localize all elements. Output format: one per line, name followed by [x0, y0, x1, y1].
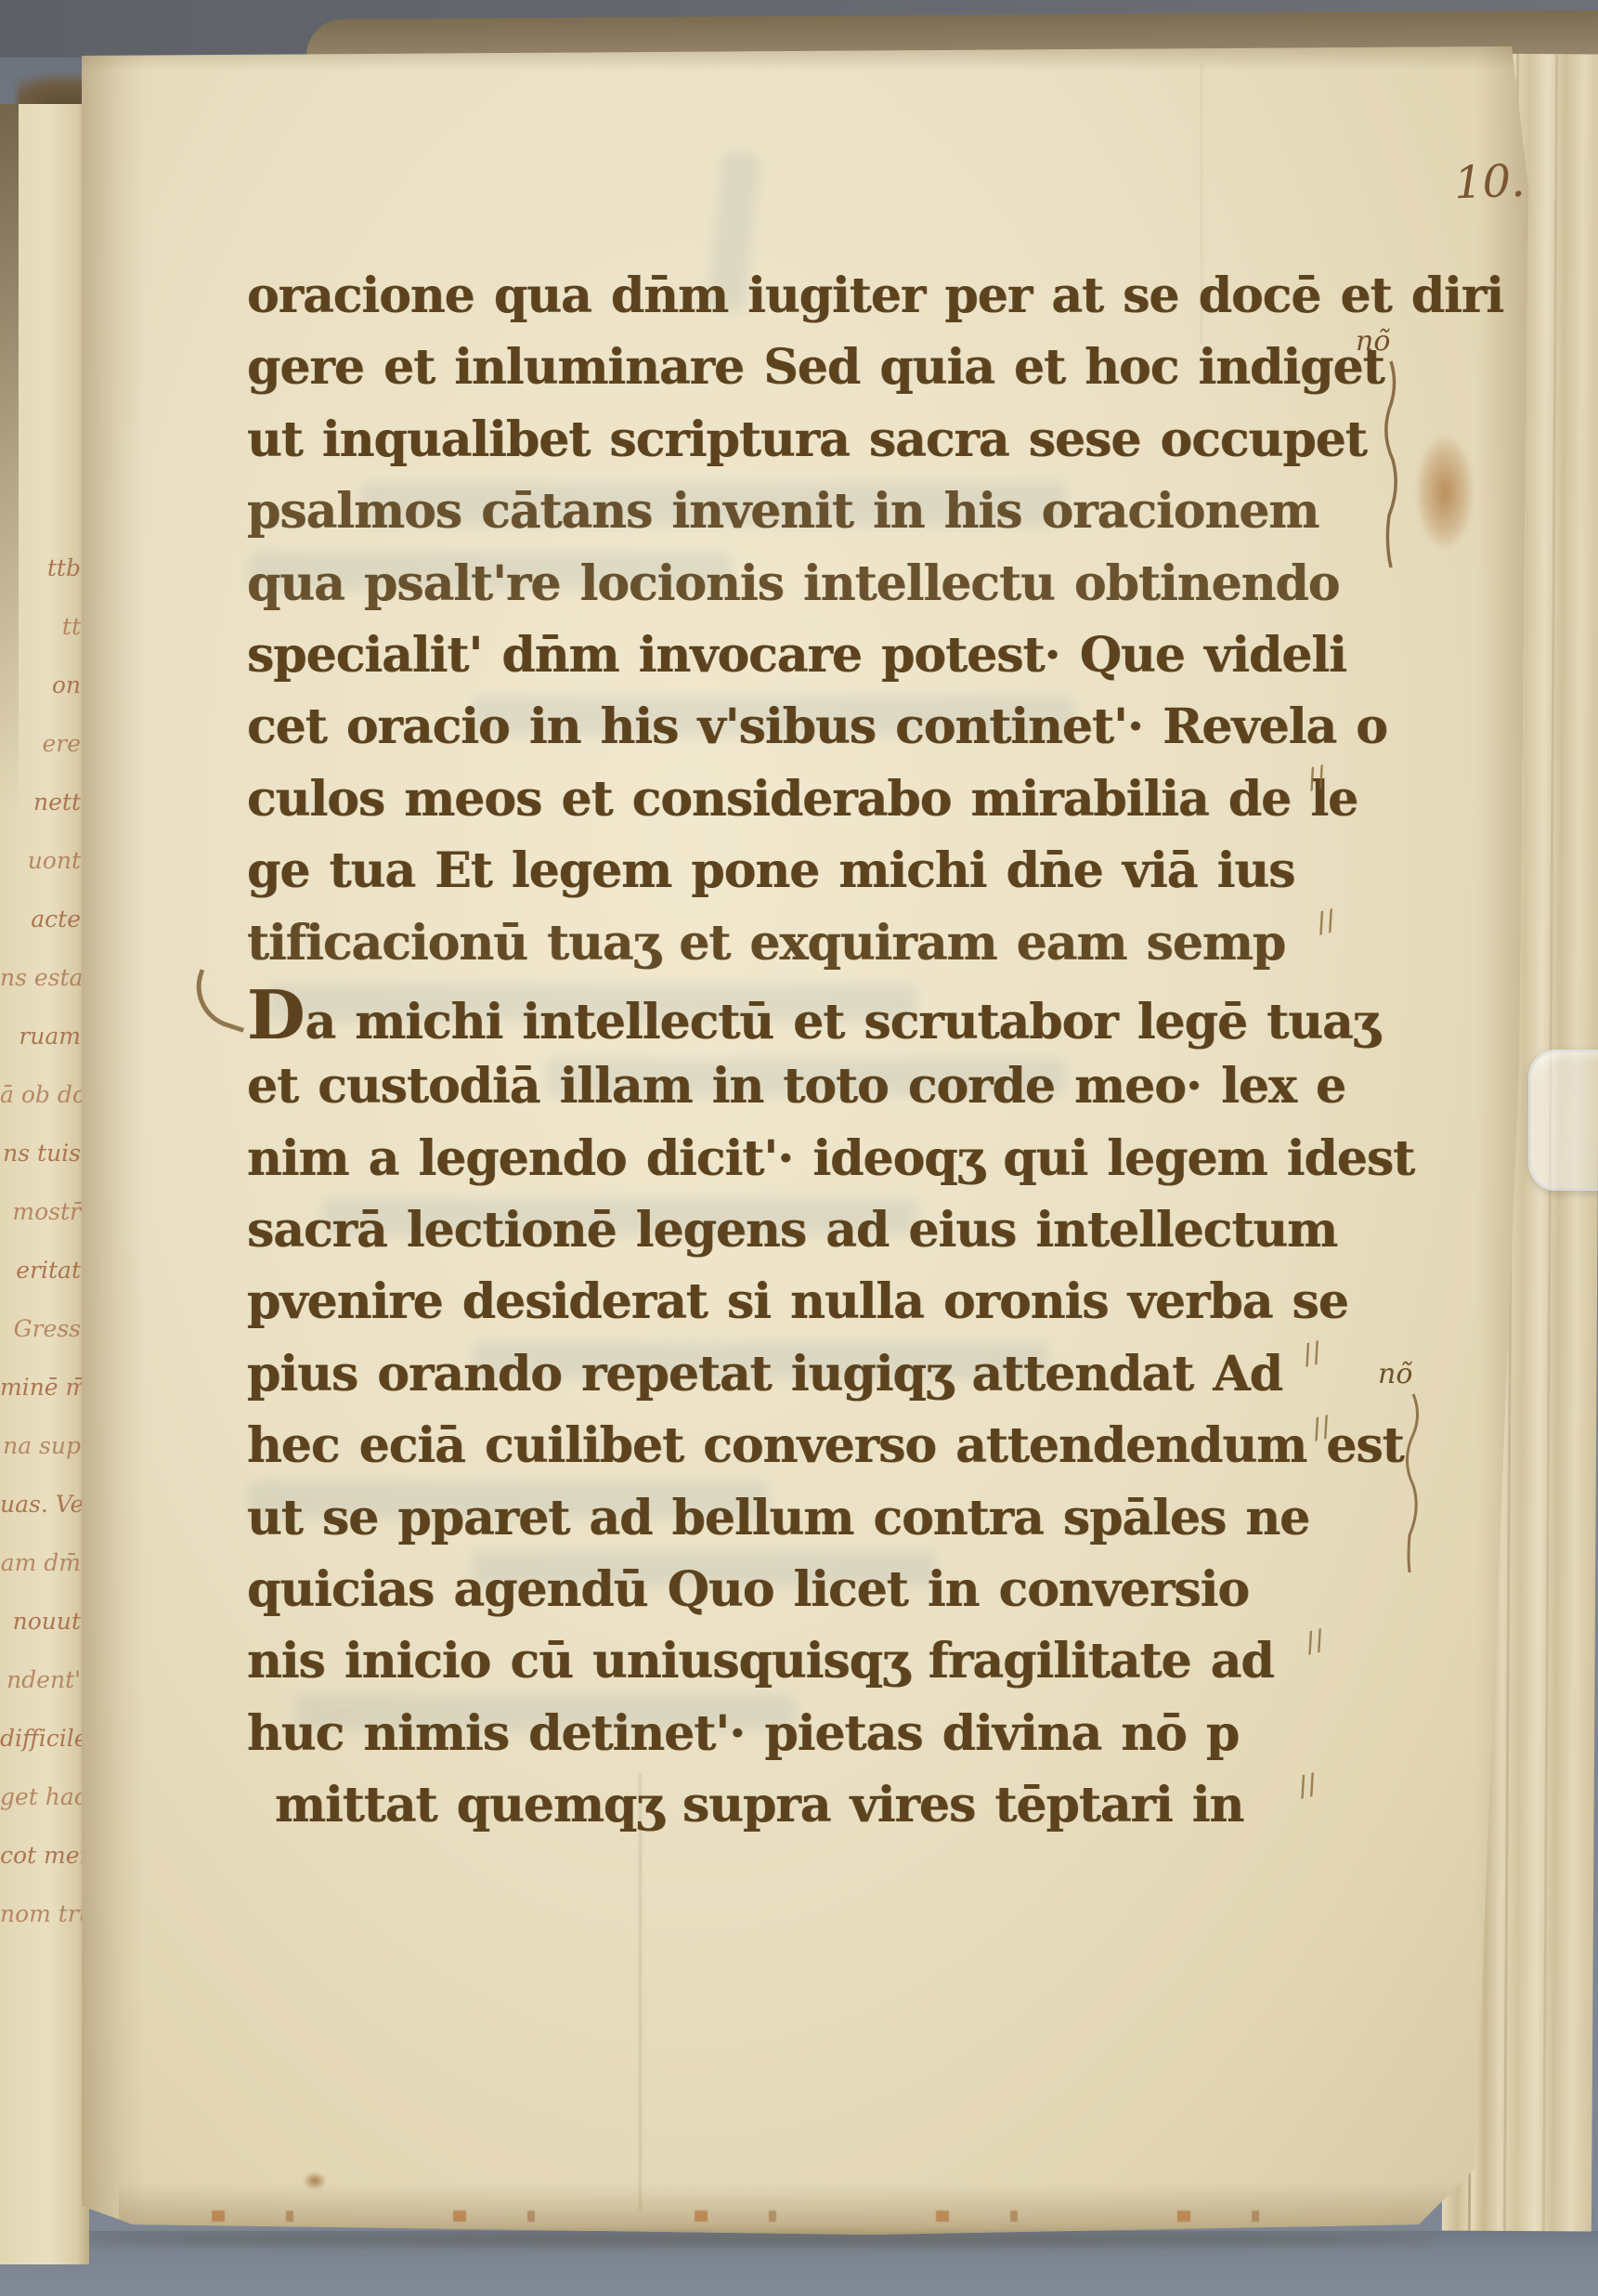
manuscript-scan: ttb tt on ere nett uont acte ns esta rua… — [0, 0, 1598, 2296]
margin-note-nota: nõ — [1356, 325, 1439, 571]
manuscript-line: hec eciā cuilibet converso attendendum … — [247, 1410, 1417, 1481]
gutter-text-fragment: na sup — [0, 1416, 85, 1475]
manuscript-line: pvenire desiderat si nulla oronis verba … — [247, 1266, 1417, 1337]
gutter-text-fragment: ā ob dor — [0, 1065, 85, 1124]
manuscript-line: oracione qua dn̄m iugiter per at se doce… — [247, 260, 1417, 332]
page-drop-shadow — [84, 2234, 1439, 2247]
nota-squiggle — [1380, 358, 1402, 571]
gutter-text-fragment: ns esta — [0, 948, 85, 1007]
manuscript-line: qua psalt're locionis intellectu obtinen… — [247, 548, 1417, 620]
gutter-fragment-column: ttb tt on ere nett uont acte ns esta rua… — [0, 539, 85, 1943]
nota-squiggle — [1402, 1390, 1424, 1576]
gutter-text-fragment: nett — [0, 773, 85, 831]
gutter-text-fragment: get hac — [0, 1768, 85, 1826]
gutter-text-fragment: difficile — [0, 1709, 85, 1768]
manuscript-line: specialit' dn̄m invocare potest· Que vid… — [247, 620, 1417, 691]
gutter-text-fragment: ruam — [0, 1007, 85, 1065]
gutter-text-fragment: ndent' — [0, 1650, 85, 1709]
gutter-text-fragment: cot men uthi — [0, 1826, 85, 1885]
gutter-text-fragment: ttb — [0, 539, 85, 597]
manuscript-line: gere et inluminare Sed quia et hoc indig… — [247, 332, 1417, 403]
gutter-text-fragment: nouut — [0, 1592, 85, 1650]
gutter-text-fragment: minē m̄ — [0, 1358, 85, 1416]
gutter-text-fragment: uont — [0, 831, 85, 890]
manuscript-page: 10. oracione qua dn̄m iugiter per at se … — [82, 46, 1532, 2246]
manuscript-line: psalmos cātans invenit in his oracionem — [247, 476, 1417, 547]
gutter-text-fragment: tt — [0, 597, 85, 656]
manuscript-line: mittat quemqʒ supra vires tēptari in — [247, 1769, 1417, 1841]
manuscript-line: quicias agendū Quo licet in conversio — [247, 1554, 1417, 1625]
gutter-text-fragment: am dm̄ — [0, 1533, 85, 1592]
nota-label: nõ — [1356, 325, 1390, 358]
gutter-text-fragment: on — [0, 656, 85, 714]
manuscript-line: Da michi intellectū et scrutabor legē … — [247, 979, 1417, 1050]
gutter-text-fragment: ere — [0, 714, 85, 773]
manuscript-line: ut se pparet ad bellum contra spāles ne — [247, 1482, 1417, 1554]
manuscript-line: et custodiā illam in toto corde meo· le… — [247, 1050, 1417, 1122]
manuscript-line: ut inqualibet scriptura sacra sese occup… — [247, 404, 1417, 476]
previous-leaf-edge: ttb tt on ere nett uont acte ns esta rua… — [0, 104, 89, 2264]
manuscript-line: tificacionū tuaʒ et exquiram eam semp — [247, 907, 1417, 979]
manuscript-line: cet oracio in his v'sibus continet'· Rev… — [247, 691, 1417, 763]
gutter-text-fragment: ns tuis — [0, 1124, 85, 1182]
gutter-text-fragment: acte — [0, 890, 85, 948]
manuscript-line: nis inicio cū uniusquisqʒ fragilitate a… — [247, 1625, 1417, 1697]
gutter-text-fragment: uas. Ver — [0, 1475, 85, 1533]
manuscript-line: sacrā lectionē legens ad eius intellec… — [247, 1194, 1417, 1266]
page-holder-clip — [1528, 1050, 1598, 1191]
margin-note-nota: nõ — [1378, 1358, 1462, 1576]
page-number: 10. — [1453, 155, 1526, 210]
gutter-text-fragment: Gress — [0, 1299, 85, 1358]
text-block: oracione qua dn̄m iugiter per at se doce… — [247, 260, 1417, 1842]
gutter-text-fragment: nom trum — [0, 1885, 85, 1943]
manuscript-line: huc nimis detinet'· pietas divina nō p — [247, 1698, 1417, 1769]
manuscript-line: nim a legendo dicit'· ideoqʒ qui legem i… — [247, 1123, 1417, 1194]
manuscript-line: culos meos et considerabo mirabilia de l… — [247, 763, 1417, 835]
gutter-shading — [82, 46, 147, 2246]
manuscript-line: pius orando repetat iugiqʒ attendat Ad — [247, 1338, 1417, 1410]
nota-label: nõ — [1378, 1358, 1412, 1390]
gutter-text-fragment: mostr̄ — [0, 1182, 85, 1241]
edge-rust-speckles — [147, 2211, 1410, 2222]
manuscript-line: ge tua Et legem pone michi dn̄e viā ius — [247, 835, 1417, 907]
gutter-text-fragment: eritat — [0, 1241, 85, 1299]
